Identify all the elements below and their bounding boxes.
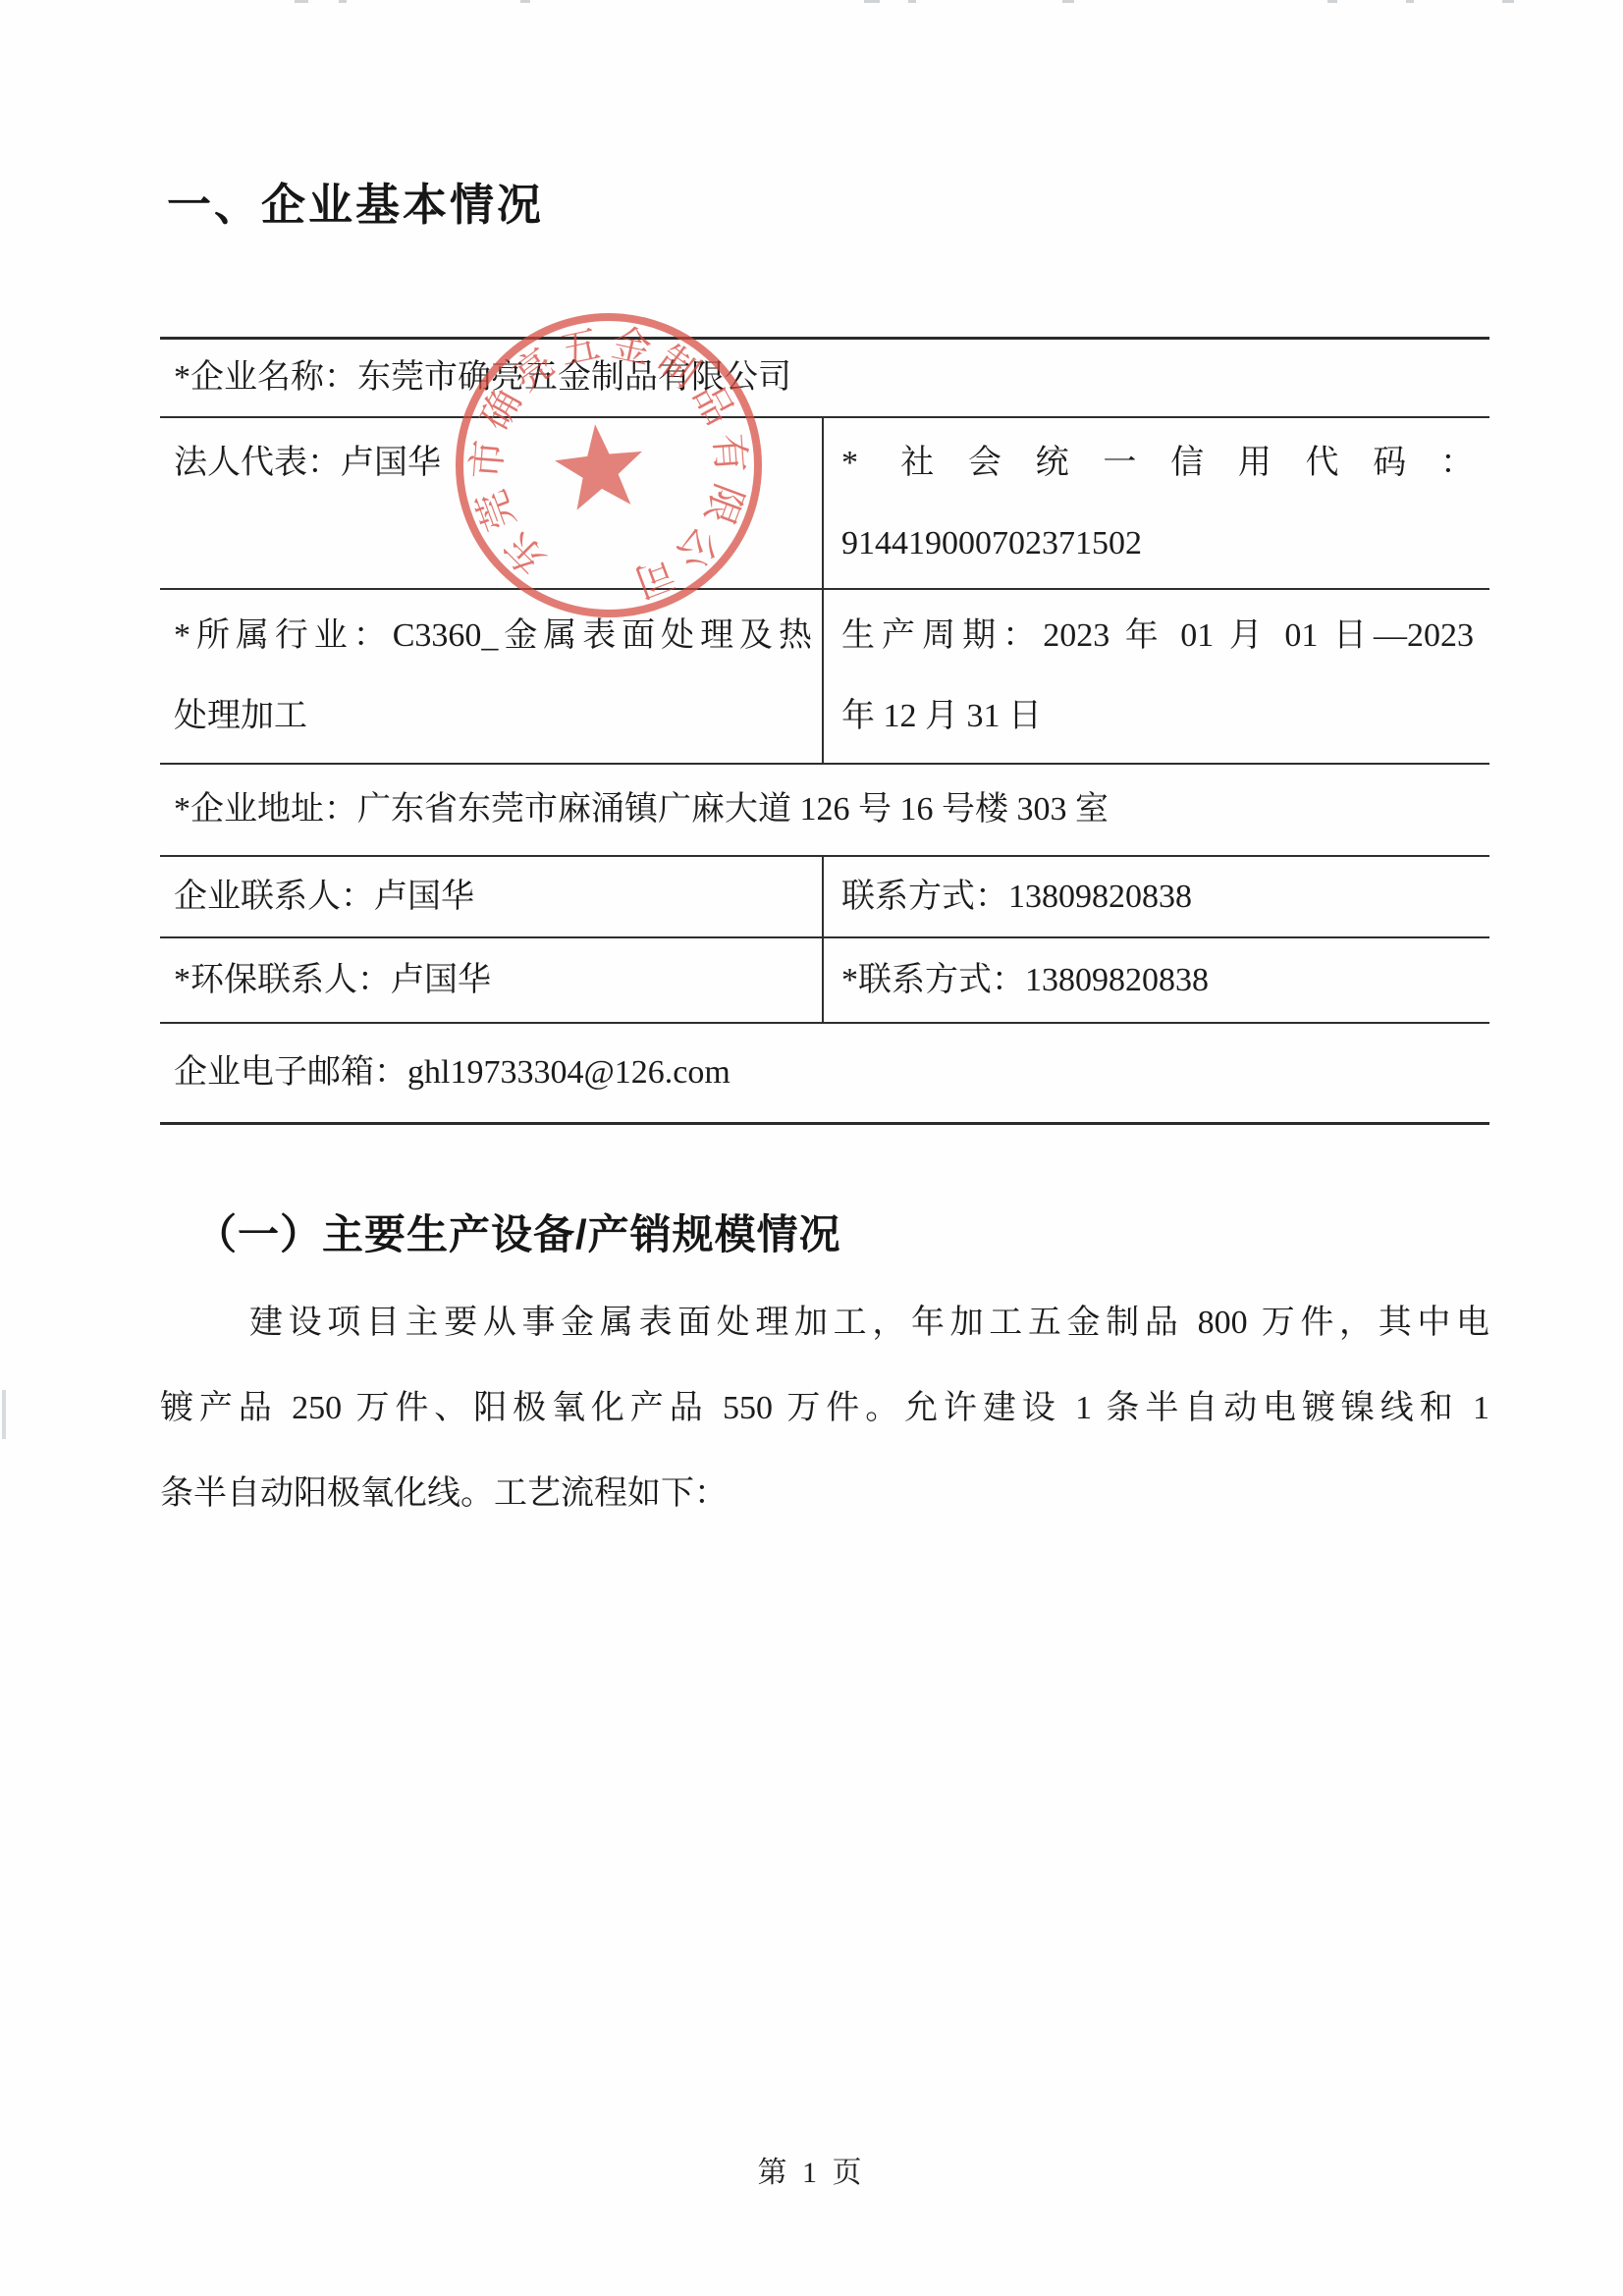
table-cell: *企业地址：广东省东莞市麻涌镇广麻大道 126 号 16 号楼 303 室	[160, 765, 1489, 855]
cell-text: 企业联系人：卢国华	[174, 857, 812, 937]
cell-text: *联系方式：13809820838	[841, 940, 1474, 1021]
scan-artifact	[864, 0, 880, 3]
cell-text: 914419000702371502	[841, 504, 1474, 584]
scan-artifact	[2, 1390, 6, 1439]
cell-text: * 社会统一信用代码：	[841, 423, 1474, 504]
company-seal-stamp: 东莞市确亮五金制品有限公司	[446, 302, 772, 628]
scanned-document-page: 一、企业基本情况 *企业名称：东莞市确亮五金制品有限公司法人代表：卢国华* 社会…	[0, 0, 1623, 2296]
scan-artifact	[520, 0, 530, 3]
table-row-3: *所属行业：C3360_金属表面处理及热处理加工生产周期：2023 年 01 月…	[160, 590, 1489, 765]
paragraph-line: 条半自动阳极氧化线。工艺流程如下：	[160, 1451, 1489, 1536]
cell-text: *环保联系人：卢国华	[174, 940, 812, 1021]
cell-text: 企业电子邮箱：ghl19733304@126.com	[174, 1033, 1476, 1113]
scan-artifact	[1062, 0, 1074, 3]
scan-artifact	[1406, 0, 1414, 3]
scan-artifact	[339, 0, 347, 3]
cell-text: *企业地址：广东省东莞市麻涌镇广麻大道 126 号 16 号楼 303 室	[174, 770, 1476, 850]
scan-artifact	[295, 0, 308, 3]
table-row-4: *企业地址：广东省东莞市麻涌镇广麻大道 126 号 16 号楼 303 室	[160, 765, 1489, 857]
scan-artifact	[908, 0, 916, 3]
company-info-table: *企业名称：东莞市确亮五金制品有限公司法人代表：卢国华* 社会统一信用代码：91…	[160, 337, 1489, 1125]
cell-text: 处理加工	[174, 676, 812, 757]
table-cell: 企业电子邮箱：ghl19733304@126.com	[160, 1024, 1489, 1122]
table-cell: *企业名称：东莞市确亮五金制品有限公司	[160, 340, 1489, 416]
cell-text: 年 12 月 31 日	[841, 676, 1474, 757]
section-heading: （一）主要生产设备/产销规模情况	[195, 1210, 841, 1259]
paragraph-line: 建设项目主要从事金属表面处理加工，年加工五金制品 800 万件，其中电	[160, 1280, 1489, 1365]
table-cell: *环保联系人：卢国华	[160, 938, 822, 1022]
scan-artifact	[1502, 0, 1514, 3]
seal-star-icon	[552, 420, 648, 512]
cell-text: *企业名称：东莞市确亮五金制品有限公司	[174, 338, 1476, 418]
table-cell: *联系方式：13809820838	[822, 938, 1489, 1022]
table-cell: 企业联系人：卢国华	[160, 857, 822, 936]
table-cell: 联系方式：13809820838	[822, 857, 1489, 936]
table-row-1: *企业名称：东莞市确亮五金制品有限公司	[160, 340, 1489, 418]
page-title: 一、企业基本情况	[167, 180, 544, 231]
table-row-6: *环保联系人：卢国华*联系方式：13809820838	[160, 938, 1489, 1024]
table-cell: 生产周期：2023 年 01 月 01 日—2023年 12 月 31 日	[822, 590, 1489, 763]
table-row-2: 法人代表：卢国华* 社会统一信用代码：914419000702371502	[160, 418, 1489, 590]
body-paragraph: 建设项目主要从事金属表面处理加工，年加工五金制品 800 万件，其中电 镀产品 …	[160, 1280, 1489, 1536]
paragraph-line: 镀产品 250 万件、阳极氧化产品 550 万件。允许建设 1 条半自动电镀镍线…	[160, 1365, 1489, 1451]
cell-text: 联系方式：13809820838	[841, 857, 1474, 937]
page-number: 第 1 页	[0, 2148, 1623, 2191]
cell-text: 生产周期：2023 年 01 月 01 日—2023	[841, 596, 1474, 676]
table-row-7: 企业电子邮箱：ghl19733304@126.com	[160, 1024, 1489, 1122]
table-cell: * 社会统一信用代码：914419000702371502	[822, 418, 1489, 588]
scan-artifact	[1327, 0, 1337, 3]
table-row-5: 企业联系人：卢国华联系方式：13809820838	[160, 857, 1489, 938]
